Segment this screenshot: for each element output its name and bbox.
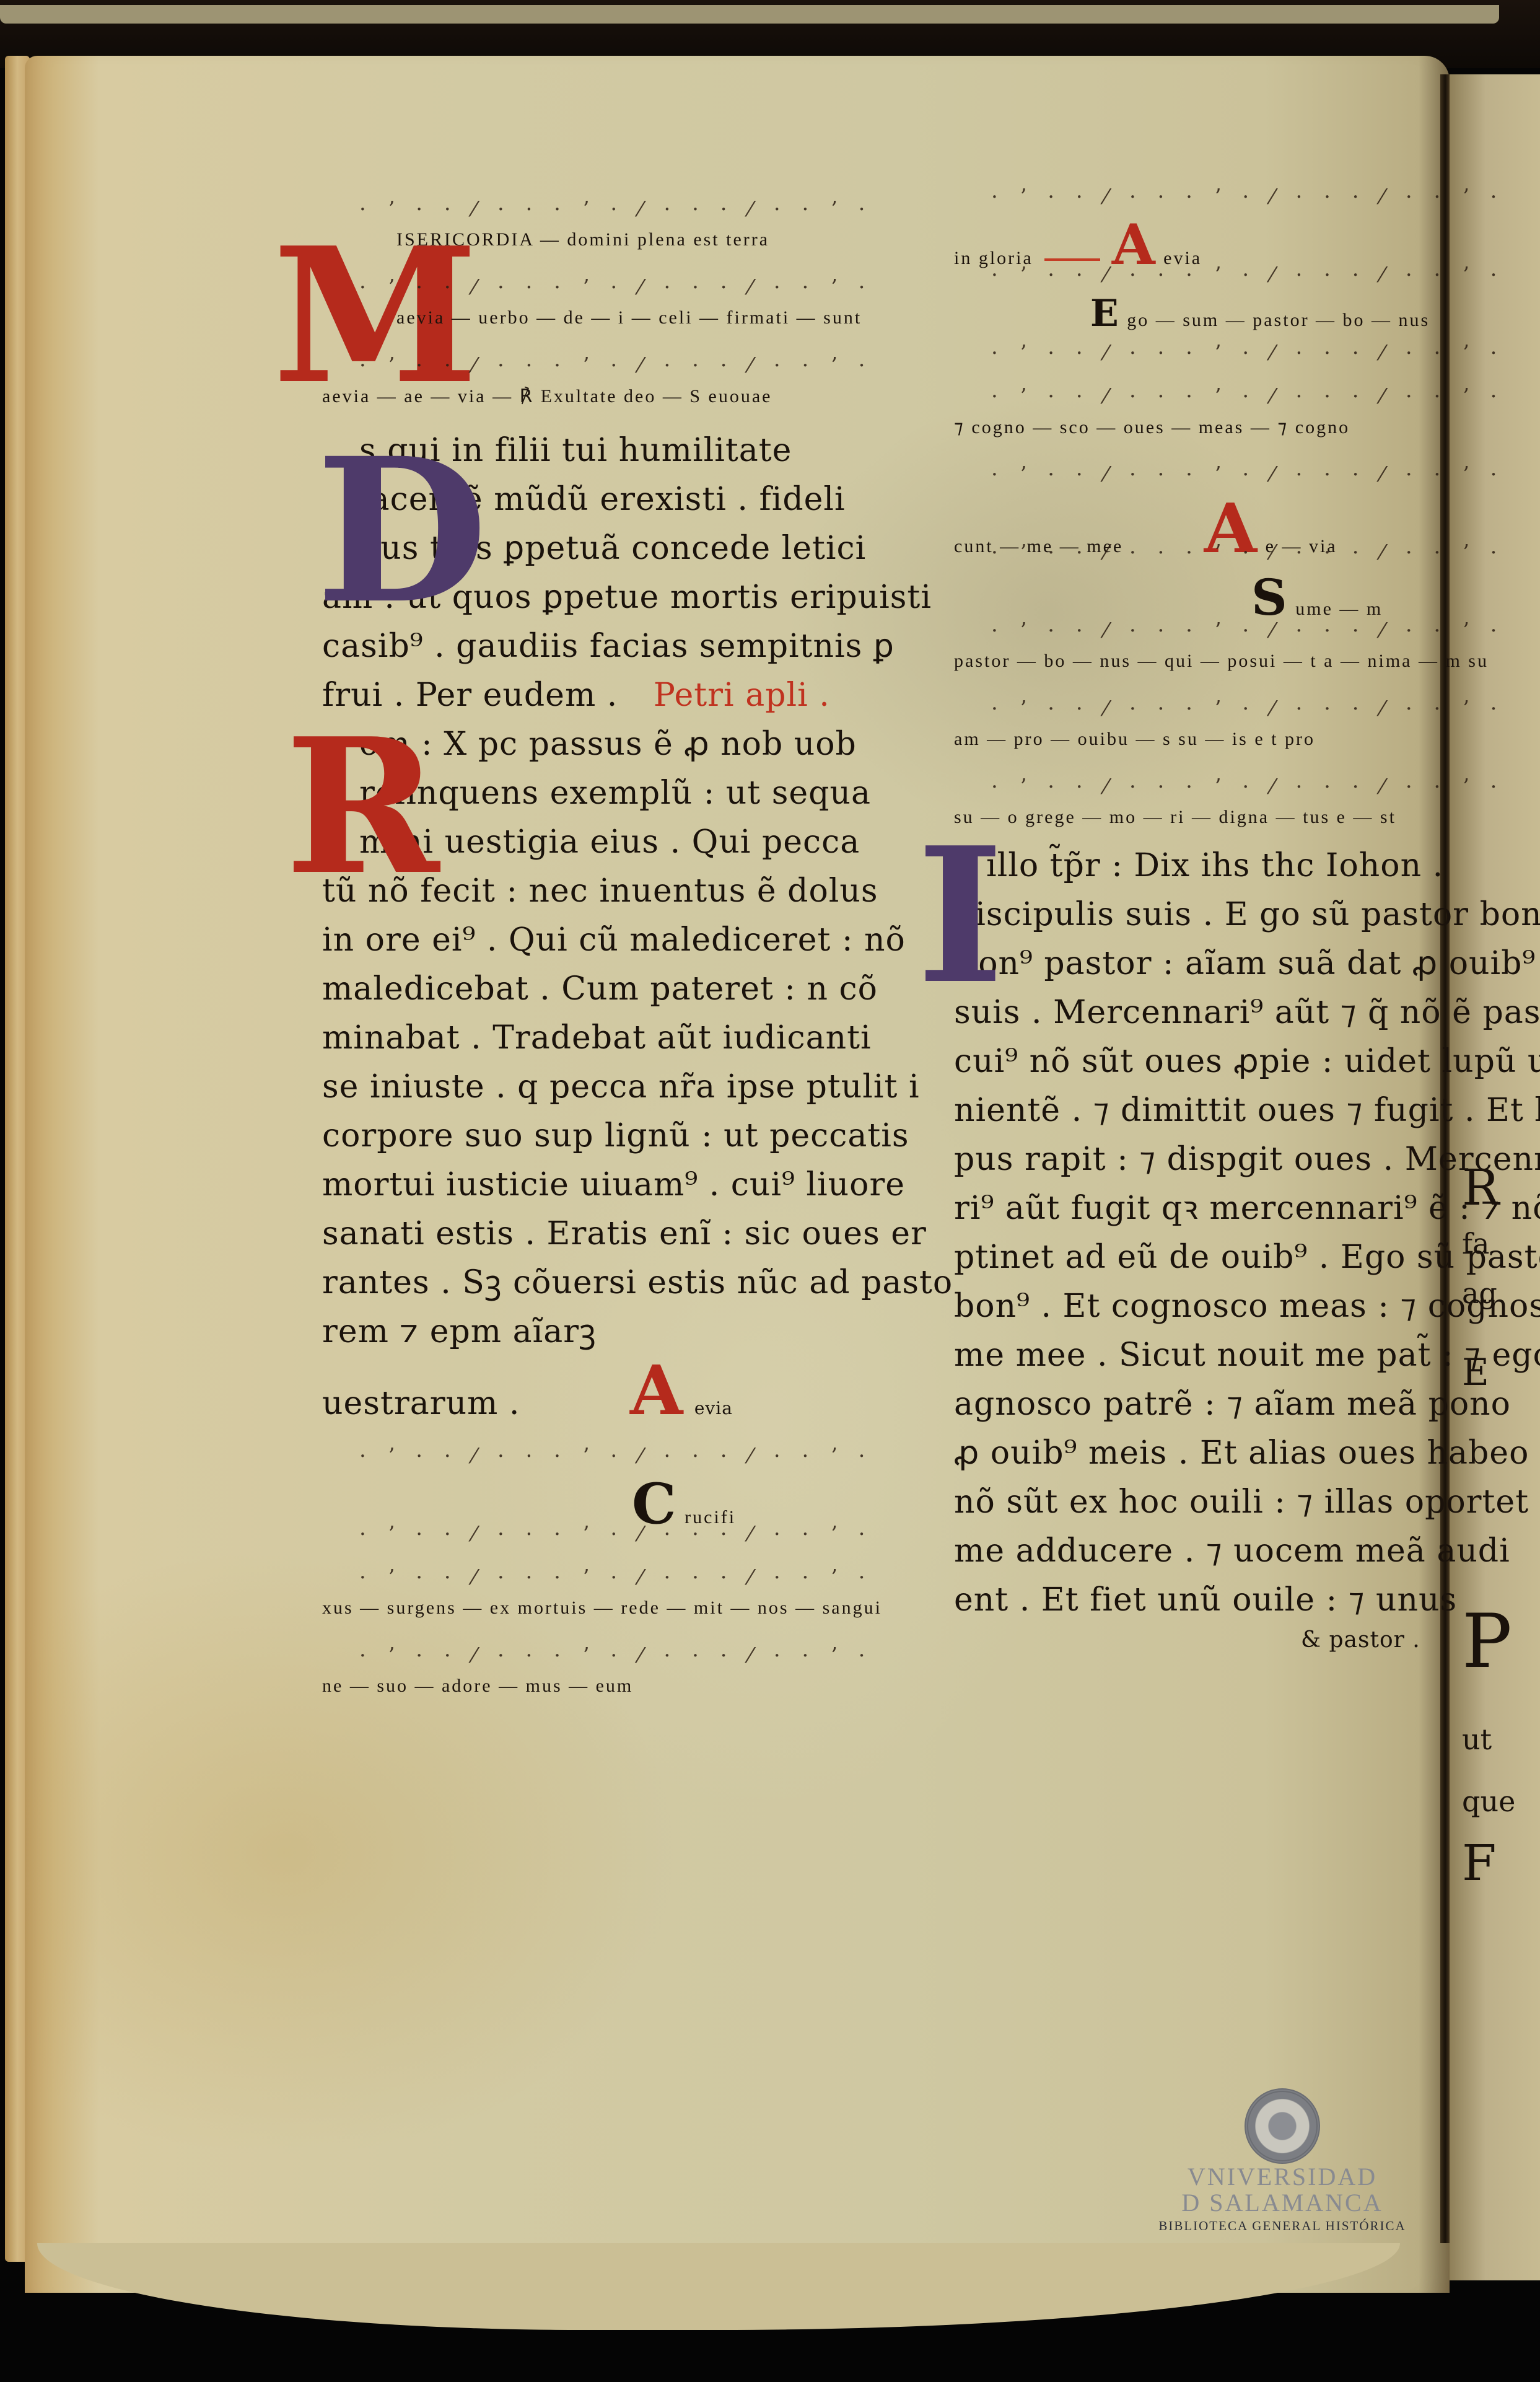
text-line: rantes . Sꝫ cõuersi estis nũc ad pasto [322, 1259, 935, 1307]
chant-lyric: aevia — uerbo — de — i — celi — firmati … [322, 307, 935, 342]
reading-block: R om : X pc passus ẽ ꝓ nob uob relinquen… [322, 720, 935, 1433]
chant-lyric: ISERICORDIA — domini plena est terra [322, 229, 935, 264]
text-line: ent . Et fiet unũ ouile : ⁊ unus [954, 1576, 1456, 1625]
neume-row [954, 529, 1456, 573]
neume-row [322, 1554, 935, 1598]
neume-row [322, 1632, 935, 1676]
initial-D: D [316, 433, 488, 631]
text-line: agnosco patrẽ : ⁊ aĩam meã pono [954, 1380, 1456, 1429]
text-line: bon⁹ . Et cognosco meas : ⁊ cognoscũt [954, 1282, 1456, 1331]
initial-E: E [1090, 292, 1121, 335]
initial-A: A [630, 1350, 683, 1430]
chant-lyric: pastor — bo — nus — qui — posui — t a — … [954, 651, 1456, 685]
page-bottom-edge [0, 2293, 1540, 2382]
adjacent-fragment: fa [1462, 1227, 1489, 1260]
watermark-line2: D SALAMANCA [1152, 2190, 1412, 2216]
neume-row [954, 763, 1456, 807]
verse-block: C rucifi xus — surgens — ex mortuis — re… [322, 1433, 935, 1710]
chant-lyric: su — o grege — mo — ri — digna — tus e —… [954, 807, 1456, 842]
text-line: in ore ei⁹ . Qui cũ malediceret : nõ [322, 916, 935, 965]
left-column: M ISERICORDIA — domini plena est terra a… [322, 186, 935, 1710]
text-line: pus rapit : ⁊ dispgit oues . Mercenna [954, 1135, 1456, 1184]
initial-R: R [285, 714, 439, 900]
chant-lyric: am — pro — ouibu — s su — is e t pro [954, 729, 1456, 763]
adjacent-initial: R [1462, 1159, 1499, 1216]
neume-row [322, 1511, 935, 1554]
chant-lyric: ne — suo — adore — mus — eum [322, 1676, 935, 1710]
chant-lyric: go — sum — pastor — bo — nus [1127, 310, 1430, 330]
text-line: & pastor . [954, 1625, 1456, 1656]
adjacent-initial: P [1462, 1599, 1512, 1685]
adjacent-fragment: ut [1462, 1723, 1492, 1756]
text-line: cui⁹ nõ sũt oues ꝓpie : uidet lupũ ue [954, 1037, 1456, 1086]
manuscript-spread: M ISERICORDIA — domini plena est terra a… [0, 0, 1540, 2382]
neume-row [954, 330, 1456, 373]
neume-row [322, 186, 935, 229]
text-line: sanati estis . Eratis enĩ : sic oues er [322, 1210, 935, 1259]
text-line: mortui iusticie uiuam⁹ . cui⁹ liuore [322, 1161, 935, 1210]
text-line: minabat . Tradebat aũt iudicanti [322, 1014, 935, 1063]
adjacent-fragment: ag [1462, 1277, 1497, 1310]
text-line-frag: uestrarum . [322, 1385, 520, 1422]
text-line: ptinet ad eũ de ouib⁹ . Ego sũ pastor [954, 1233, 1456, 1282]
neume-row [322, 342, 935, 385]
page-top-edge [0, 5, 1499, 24]
neume-row [322, 264, 935, 307]
watermark-line1: VNIVERSIDAD [1152, 2164, 1412, 2190]
chant-lyric: evia [694, 1398, 733, 1418]
text-line: Bon⁹ pastor : aĩam suã dat ꝓ ouib⁹ [954, 939, 1456, 988]
adjacent-fragment: que [1462, 1785, 1515, 1818]
university-seal-icon [1245, 2088, 1320, 2164]
text-line: ꝓ ouib⁹ meis . Et alias oues habeo q̃ [954, 1429, 1456, 1478]
text-line: corpore suo sup lignũ : ut peccatis [322, 1112, 935, 1161]
neume-row [954, 373, 1456, 416]
adjacent-initial: E [1462, 1351, 1489, 1394]
text-line: rem ⁊ epm aĩarꝫ [322, 1307, 935, 1356]
text-line: nientẽ . ⁊ dimittit oues ⁊ fugit . Et lu [954, 1086, 1456, 1135]
text-line: suis . Mercennari⁹ aũt ⁊ q̃ nõ ẽ pastor … [954, 988, 1456, 1037]
watermark-line3: BIBLIOTECA GENERAL HISTÓRICA [1152, 2218, 1412, 2234]
right-column: in gloria A evia E go — sum — pastor — b… [954, 174, 1456, 1656]
adjacent-initial: F [1462, 1834, 1497, 1892]
chant-lyric: ⁊ cogno — sco — oues — meas — ⁊ cogno [954, 416, 1456, 451]
text-line: discipulis suis . E go sũ pastor bonus . [954, 890, 1456, 939]
text-line: me adducere . ⁊ uocem meã audi [954, 1527, 1456, 1576]
neume-row [954, 685, 1456, 729]
prayer-block: D s qui in filii tui humilitate iacentẽ … [322, 426, 935, 720]
neume-row [954, 607, 1456, 651]
chant-lyric: xus — surgens — ex mortuis — rede — mit … [322, 1598, 935, 1632]
text-line: maledicebat . Cum pateret : n cõ [322, 965, 935, 1014]
text-line: ri⁹ aũt fugit qꝛ mercennari⁹ ẽ : ⁊ nõ [954, 1184, 1456, 1233]
text-line: uestrarum . A evia [322, 1356, 935, 1433]
text-line: n illo t̃p̃r : Dix ihs thc Iohon . [954, 842, 1456, 890]
university-watermark: VNIVERSIDAD D SALAMANCA BIBLIOTECA GENER… [1152, 2088, 1412, 2234]
text-line: me mee . Sicut nouit me pat̃ : ⁊ ego [954, 1331, 1456, 1380]
gospel-block: I n illo t̃p̃r : Dix ihs thc Iohon . dis… [954, 842, 1456, 1656]
neume-row [322, 1433, 935, 1476]
neume-row [954, 252, 1456, 295]
initial-I: I [917, 823, 1004, 1009]
text-line: nõ sũt ex hoc ouili : ⁊ illas oportet [954, 1478, 1456, 1527]
neume-row [954, 174, 1456, 217]
rubric-heading: Petri apli . [654, 677, 830, 714]
text-line: se iniuste . q pecca nr̃a ipse ptulit i [322, 1063, 935, 1112]
